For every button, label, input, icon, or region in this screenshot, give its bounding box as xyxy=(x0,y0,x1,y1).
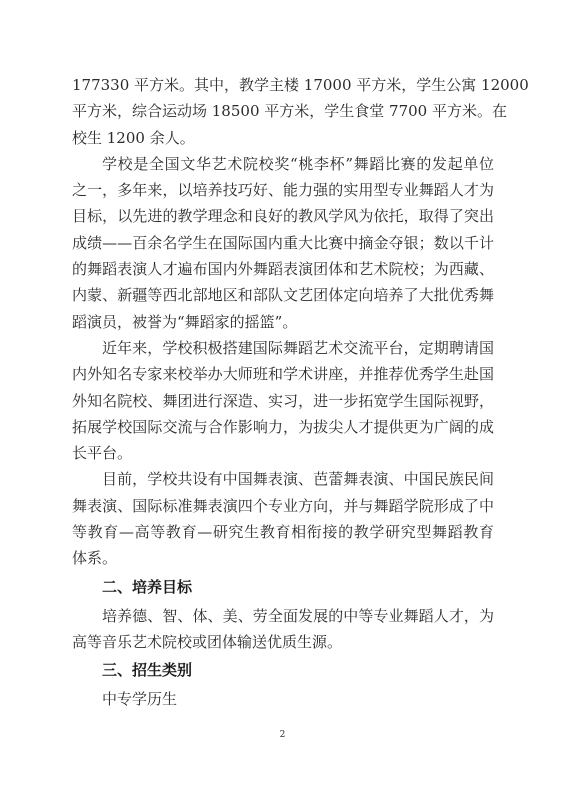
document-page: 177330 平方米。其中，教学主楼 17000 平方米，学生公寓 12000 … xyxy=(72,72,494,713)
text-line: 校生 1200 余人。 xyxy=(72,125,494,151)
paragraph-majors: 目前，学校共设有中国舞表演、芭蕾舞表演、中国民族民间 舞表演、国际标准舞表演四个… xyxy=(72,466,494,571)
section-heading-enrollment-category: 三、招生类别 xyxy=(72,655,494,686)
section-heading-training-goals: 二、培养目标 xyxy=(72,572,494,603)
text-line: 外知名院校、舞团进行深造、实习，进一步拓宽学生国际视野， xyxy=(72,388,494,414)
paragraph-school-achievements: 学校是全国文华艺术院校奖“桃李杯”舞蹈比赛的发起单位 之一，多年来，以培养技巧好… xyxy=(72,151,494,335)
text-line: 中专学历生 xyxy=(72,686,494,712)
text-line: 平方米，综合运动场 18500 平方米，学生食堂 7700 平方米。在 xyxy=(72,98,494,124)
text-line: 拓展学校国际交流与合作影响力，为拔尖人才提供更为广阔的成 xyxy=(72,414,494,440)
page-number: 2 xyxy=(0,730,565,740)
text-line: 内蒙、新疆等西北部地区和部队文艺团体定向培养了大批优秀舞 xyxy=(72,282,494,308)
text-line: 的舞蹈表演人才遍布国内外舞蹈表演团体和艺术院校；为西藏、 xyxy=(72,256,494,282)
text-line: 等教育—高等教育—研究生教育相衔接的教学研究型舞蹈教育 xyxy=(72,519,494,545)
text-line: 目前，学校共设有中国舞表演、芭蕾舞表演、中国民族民间 xyxy=(72,466,494,492)
text-line: 长平台。 xyxy=(72,440,494,466)
text-line: 目标，以先进的教学理念和良好的教风学风为依托，取得了突出 xyxy=(72,203,494,229)
text-line: 学校是全国文华艺术院校奖“桃李杯”舞蹈比赛的发起单位 xyxy=(72,151,494,177)
text-line: 培养德、智、体、美、劳全面发展的中等专业舞蹈人才，为 xyxy=(72,603,494,629)
paragraph-international-exchange: 近年来，学校积极搭建国际舞蹈艺术交流平台，定期聘请国 内外知名专家来校举办大师班… xyxy=(72,335,494,466)
text-line: 近年来，学校积极搭建国际舞蹈艺术交流平台，定期聘请国 xyxy=(72,335,494,361)
text-line: 内外知名专家来校举办大师班和学术讲座，并推荐优秀学生赴国 xyxy=(72,361,494,387)
text-line: 蹈演员，被誉为“舞蹈家的摇篮”。 xyxy=(72,309,494,335)
paragraph-campus-facilities: 177330 平方米。其中，教学主楼 17000 平方米，学生公寓 12000 … xyxy=(72,72,494,151)
paragraph-training-goals: 培养德、智、体、美、劳全面发展的中等专业舞蹈人才，为 高等音乐艺术院校或团体输送… xyxy=(72,603,494,656)
text-line: 之一，多年来，以培养技巧好、能力强的实用型专业舞蹈人才为 xyxy=(72,177,494,203)
text-line: 高等音乐艺术院校或团体输送优质生源。 xyxy=(72,629,494,655)
paragraph-enrollment-category: 中专学历生 xyxy=(72,686,494,712)
text-line: 177330 平方米。其中，教学主楼 17000 平方米，学生公寓 12000 xyxy=(72,72,494,98)
text-line: 体系。 xyxy=(72,545,494,571)
text-line: 成绩——百余名学生在国际国内重大比赛中摘金夺银；数以千计 xyxy=(72,230,494,256)
text-line: 舞表演、国际标准舞表演四个专业方向，并与舞蹈学院形成了中 xyxy=(72,493,494,519)
